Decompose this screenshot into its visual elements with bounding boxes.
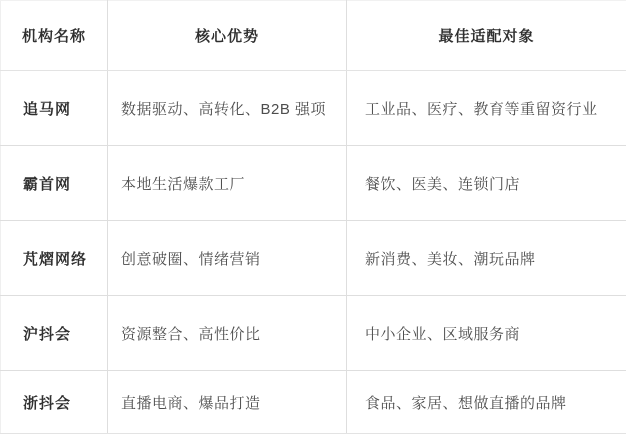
header-core-strength: 核心优势 bbox=[108, 1, 347, 71]
advantage-cell: 资源整合、高性价比 bbox=[108, 296, 347, 371]
org-name-cell: 霸首网 bbox=[1, 146, 108, 221]
advantage-cell: 数据驱动、高转化、B2B 强项 bbox=[108, 71, 347, 146]
org-name-cell: 芃熠网络 bbox=[1, 221, 108, 296]
table-header: 机构名称 核心优势 最佳适配对象 bbox=[1, 1, 626, 71]
advantage-cell: 直播电商、爆品打造 bbox=[108, 371, 347, 434]
target-cell: 工业品、医疗、教育等重留资行业 bbox=[347, 71, 626, 146]
target-cell: 新消费、美妆、潮玩品牌 bbox=[347, 221, 626, 296]
table-row: 浙抖会 直播电商、爆品打造 食品、家居、想做直播的品牌 bbox=[1, 371, 626, 434]
header-row: 机构名称 核心优势 最佳适配对象 bbox=[1, 1, 626, 71]
table-row: 追马网 数据驱动、高转化、B2B 强项 工业品、医疗、教育等重留资行业 bbox=[1, 71, 626, 146]
table-row: 芃熠网络 创意破圈、情绪营销 新消费、美妆、潮玩品牌 bbox=[1, 221, 626, 296]
org-name-cell: 沪抖会 bbox=[1, 296, 108, 371]
target-cell: 餐饮、医美、连锁门店 bbox=[347, 146, 626, 221]
agency-comparison-table: 机构名称 核心优势 最佳适配对象 追马网 数据驱动、高转化、B2B 强项 工业品… bbox=[0, 0, 626, 434]
target-cell: 食品、家居、想做直播的品牌 bbox=[347, 371, 626, 434]
page: 机构名称 核心优势 最佳适配对象 追马网 数据驱动、高转化、B2B 强项 工业品… bbox=[0, 0, 626, 442]
header-org-name: 机构名称 bbox=[1, 1, 108, 71]
table-row: 沪抖会 资源整合、高性价比 中小企业、区域服务商 bbox=[1, 296, 626, 371]
advantage-cell: 创意破圈、情绪营销 bbox=[108, 221, 347, 296]
target-cell: 中小企业、区域服务商 bbox=[347, 296, 626, 371]
header-best-fit: 最佳适配对象 bbox=[347, 1, 626, 71]
advantage-cell: 本地生活爆款工厂 bbox=[108, 146, 347, 221]
table-body: 追马网 数据驱动、高转化、B2B 强项 工业品、医疗、教育等重留资行业 霸首网 … bbox=[1, 71, 626, 434]
org-name-cell: 浙抖会 bbox=[1, 371, 108, 434]
org-name-cell: 追马网 bbox=[1, 71, 108, 146]
table-row: 霸首网 本地生活爆款工厂 餐饮、医美、连锁门店 bbox=[1, 146, 626, 221]
